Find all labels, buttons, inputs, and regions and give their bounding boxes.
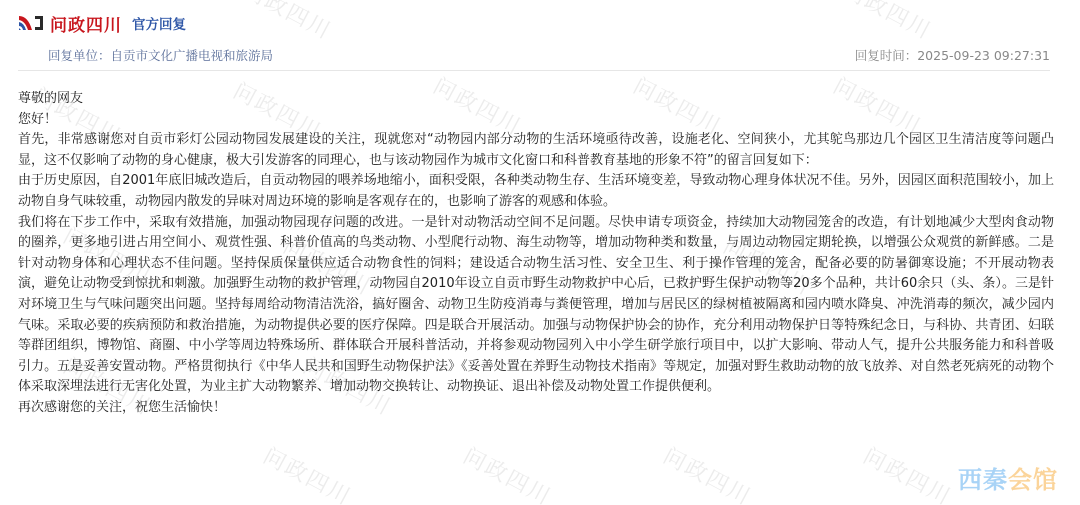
- reply-meta: 回复单位：自贡市文化广播电视和旅游局 回复时间：2025-09-23 09:27…: [18, 40, 1050, 71]
- reply-time: 回复时间：2025-09-23 09:27:31: [855, 46, 1050, 64]
- site-watermark-logo: 西秦会馆: [958, 460, 1058, 495]
- reply-unit: 回复单位：自贡市文化广播电视和旅游局: [18, 46, 273, 64]
- watermark: 问政四川: [838, 0, 937, 46]
- salutation: 尊敬的网友: [18, 89, 1054, 110]
- site-mark-part1: 西秦: [958, 466, 1008, 494]
- closing: 再次感谢您的关注，祝您生活愉快！: [18, 398, 1054, 419]
- paragraph-background: 由于历史原因，自2001年底旧城改造后，自贡动物园的喂养场地缩小，面积受限，各种…: [18, 171, 1054, 212]
- watermark: 问政四川: [658, 439, 757, 505]
- official-reply-label: 官方回复: [132, 13, 186, 33]
- paragraph-measures: 我们将在下步工作中，采取有效措施，加强动物园现存问题的改进。一是针对动物活动空间…: [18, 213, 1054, 398]
- watermark: 问政四川: [238, 0, 337, 46]
- watermark: 问政四川: [458, 439, 557, 505]
- watermark: 问政四川: [258, 439, 357, 505]
- reply-content: 尊敬的网友 您好！ 首先，非常感谢您对自贡市彩灯公园动物园发展建设的关注，现就您…: [18, 89, 1054, 419]
- brand-title: 问政四川: [50, 11, 122, 36]
- watermark: 问政四川: [858, 439, 957, 505]
- site-mark-part2: 会馆: [1008, 466, 1058, 494]
- page-header: 问政四川 官方回复: [18, 10, 186, 36]
- greeting: 您好！: [18, 110, 1054, 131]
- wenzheng-logo-icon: [18, 13, 46, 33]
- paragraph-intro: 首先，非常感谢您对自贡市彩灯公园动物园发展建设的关注，现就您对“动物园内部分动物…: [18, 130, 1054, 171]
